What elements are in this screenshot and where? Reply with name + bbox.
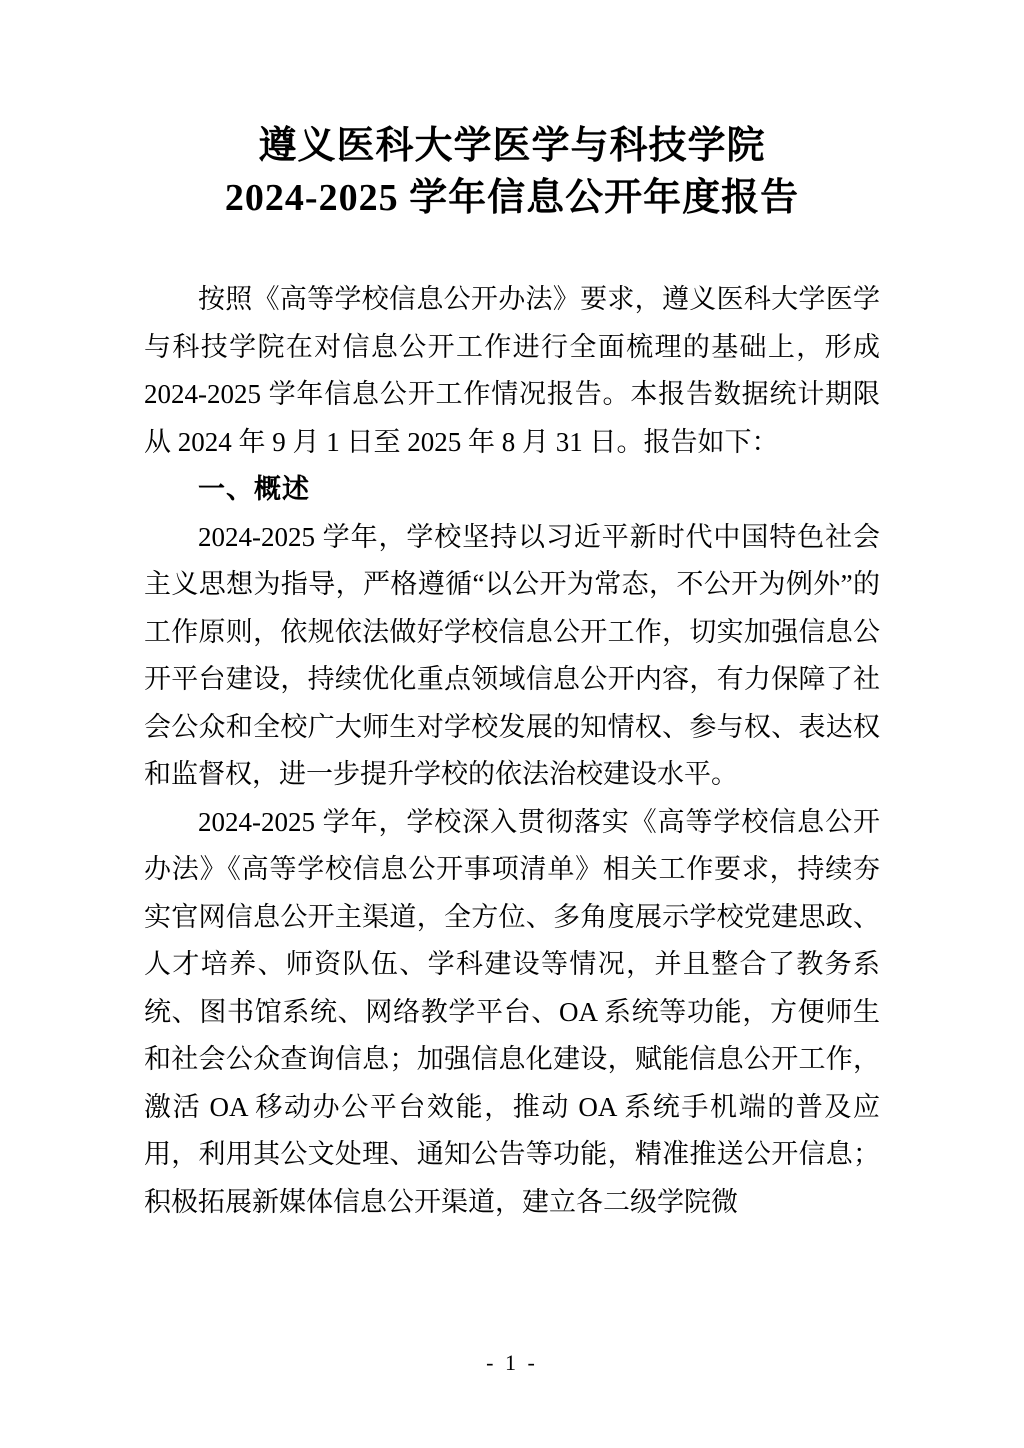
- document-page: 遵义医科大学医学与科技学院 2024-2025 学年信息公开年度报告 按照《高等…: [0, 0, 1024, 1448]
- paragraph-overview-1: 2024-2025 学年，学校坚持以习近平新时代中国特色社会主义思想为指导，严格…: [144, 514, 880, 799]
- page-number: - 1 -: [0, 1351, 1024, 1375]
- document-title-line-2: 2024-2025 学年信息公开年度报告: [0, 172, 1024, 224]
- paragraph-intro: 按照《高等学校信息公开办法》要求，遵义医科大学医学与科技学院在对信息公开工作进行…: [144, 276, 880, 466]
- paragraph-overview-2: 2024-2025 学年，学校深入贯彻落实《高等学校信息公开办法》《高等学校信息…: [144, 799, 880, 1227]
- document-title-line-1: 遵义医科大学医学与科技学院: [0, 120, 1024, 172]
- document-title: 遵义医科大学医学与科技学院 2024-2025 学年信息公开年度报告: [0, 0, 1024, 224]
- section-heading-overview: 一、概述: [144, 466, 880, 514]
- document-body: 按照《高等学校信息公开办法》要求，遵义医科大学医学与科技学院在对信息公开工作进行…: [144, 276, 880, 1226]
